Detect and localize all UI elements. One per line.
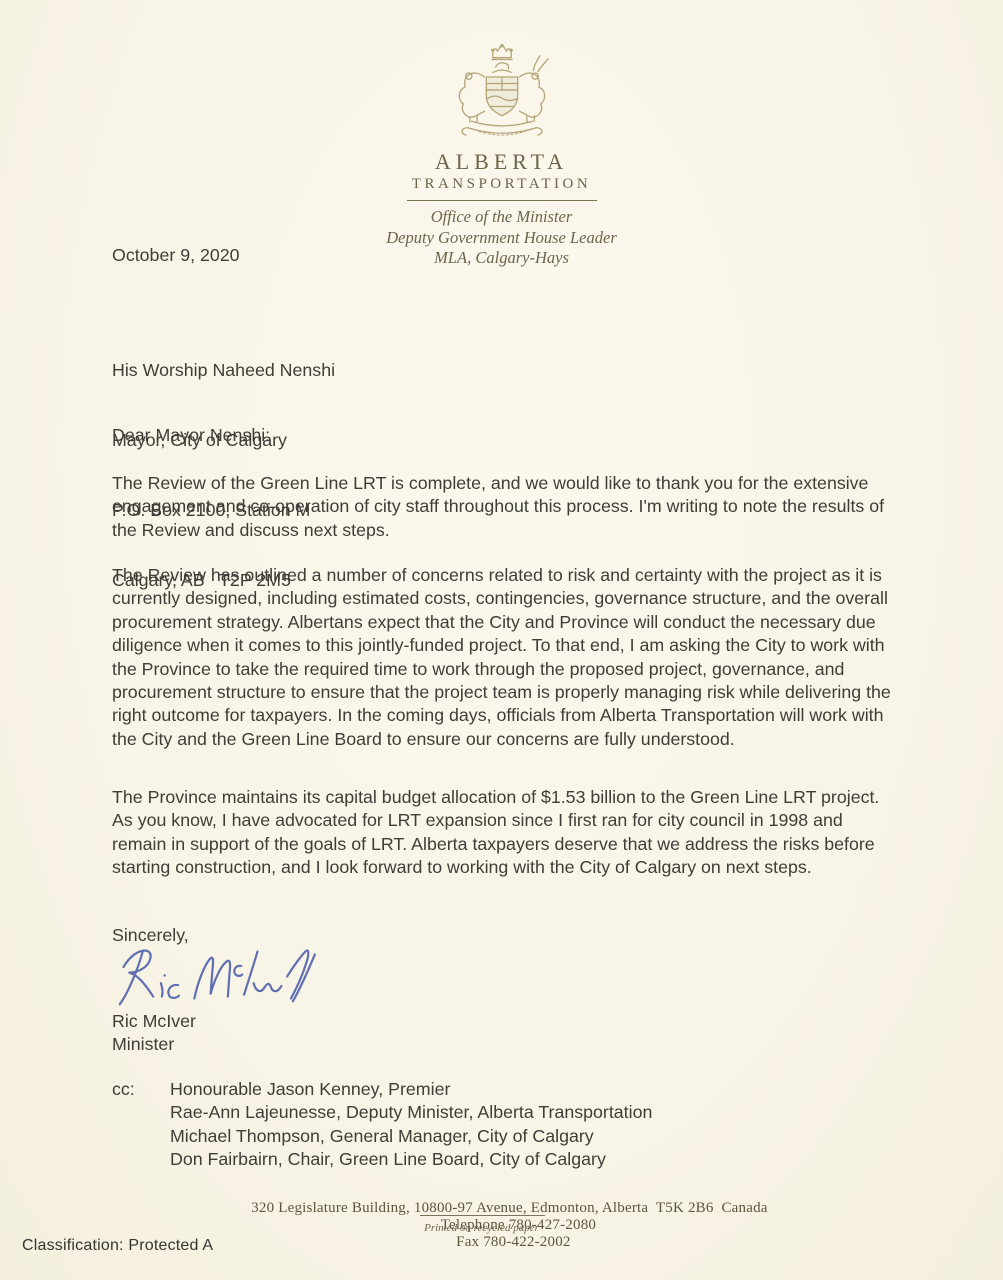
recipient-line: His Worship Naheed Nenshi (112, 359, 335, 382)
letterhead-divider (407, 200, 597, 201)
cc-entry: Honourable Jason Kenney, Premier (170, 1078, 652, 1101)
body-paragraph-1: The Review of the Green Line LRT is comp… (112, 472, 894, 542)
salutation: Dear Mayor Nenshi: (112, 424, 270, 447)
body-paragraph-3: The Province maintains its capital budge… (112, 786, 894, 880)
footer-fax: Fax 780-422-2002 (456, 1234, 570, 1250)
cc-entry: Rae-Ann Lajeunesse, Deputy Minister, Alb… (170, 1101, 652, 1124)
letter-date: October 9, 2020 (112, 244, 240, 267)
signer-name: Ric McIver (112, 1010, 196, 1033)
org-department: TRANSPORTATION (0, 174, 1003, 195)
classification-label: Classification: Protected A (22, 1237, 213, 1255)
letterhead: ALBERTA TRANSPORTATION Office of the Min… (0, 42, 1003, 269)
org-name: ALBERTA (0, 150, 1003, 174)
letter-page: ALBERTA TRANSPORTATION Office of the Min… (0, 0, 1003, 1280)
cc-entry: Michael Thompson, General Manager, City … (170, 1125, 652, 1148)
office-line-1: Office of the Minister (0, 207, 1003, 228)
cc-block: cc: Honourable Jason Kenney, Premier Rae… (112, 1078, 652, 1172)
cc-entry: Don Fairbairn, Chair, Green Line Board, … (170, 1148, 652, 1171)
cc-list: Honourable Jason Kenney, Premier Rae-Ann… (170, 1078, 652, 1172)
alberta-coat-of-arms-icon (440, 42, 564, 148)
signer-title: Minister (112, 1033, 196, 1056)
signer-block: Ric McIver Minister (112, 1010, 196, 1057)
footer-divider (420, 1215, 545, 1216)
body-paragraph-2: The Review has outlined a number of conc… (112, 564, 894, 751)
recycled-paper-note: Printed on recycled paper (0, 1222, 963, 1234)
footer-address: 320 Legislature Building, 10800-97 Avenu… (251, 1200, 767, 1216)
cc-label: cc: (112, 1078, 170, 1172)
signature-ric-mciver (114, 940, 334, 1012)
